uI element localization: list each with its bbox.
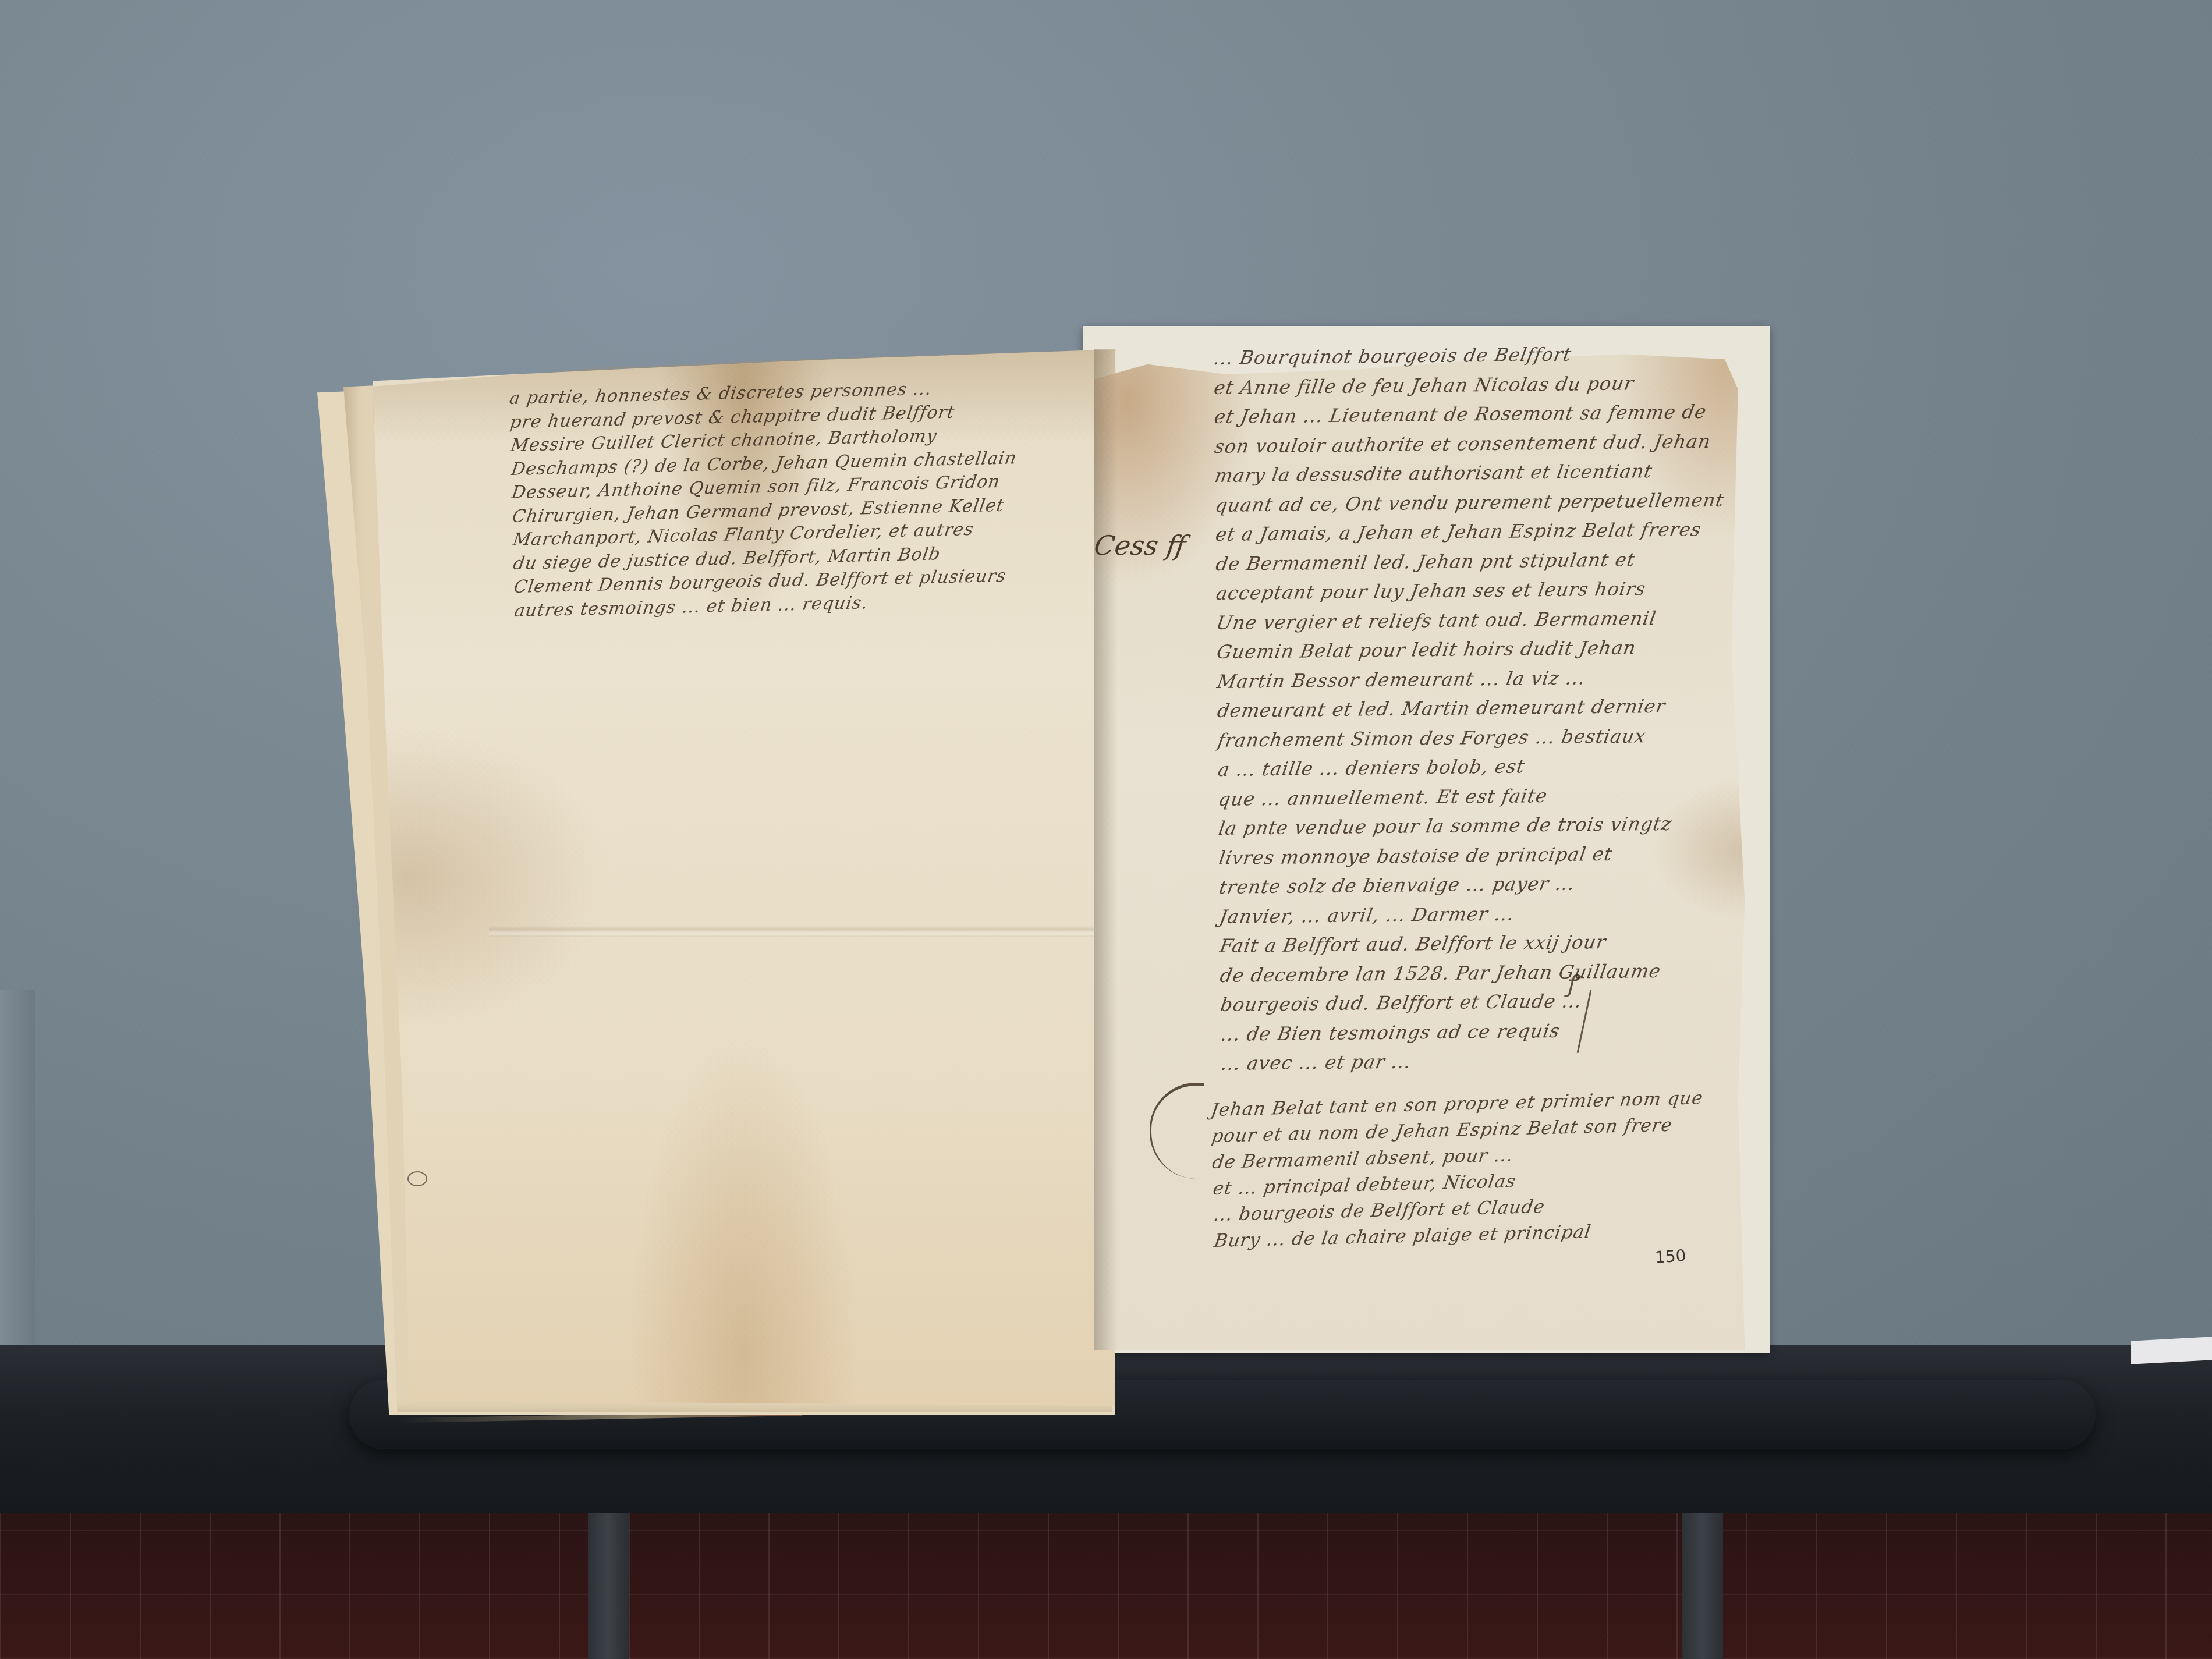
margin-mark xyxy=(407,1171,427,1186)
tiled-floor xyxy=(0,1513,2212,1659)
chair-leg xyxy=(1682,1513,1723,1659)
handwritten-line: ... avec ... et par ... xyxy=(1219,1043,1747,1078)
paper-crease xyxy=(489,926,1106,937)
handwritten-line: et Jehan ... Lieutenant de Rosemont sa f… xyxy=(1212,397,1740,432)
backdrop-edge xyxy=(0,990,35,1362)
handwritten-line: Guemin Belat pour ledit hoirs dudit Jeha… xyxy=(1214,632,1743,667)
handwritten-line: mary la dessusdite authorisant et licent… xyxy=(1213,456,1741,491)
handwritten-line: a ... taille ... deniers bolob, est xyxy=(1215,749,1744,784)
handwritten-line: demeurant et led. Martin demeurant derni… xyxy=(1215,690,1743,725)
book-gutter xyxy=(1094,349,1118,1350)
handwritten-line: la pnte vendue pour la somme de trois vi… xyxy=(1217,808,1745,843)
handwritten-line: Fait a Belffort aud. Belffort le xxij jo… xyxy=(1218,926,1746,960)
right-page-text: ... Bourquinot bourgeois de Belffort et … xyxy=(1214,338,1745,1079)
chair-leg xyxy=(588,1513,629,1659)
right-page-second-entry: Jehan Belat tant en son propre et primie… xyxy=(1211,1084,1738,1254)
handwritten-line: et a Jamais, a Jehan et Jehan Espinz Bel… xyxy=(1213,515,1742,550)
margin-annotation: Cess ff xyxy=(1092,530,1187,561)
handwritten-line: trente solz de bienvaige ... payer ... xyxy=(1217,867,1746,902)
handwritten-line: ... Bourquinot bourgeois de Belffort xyxy=(1211,338,1740,373)
handwritten-line: acceptant pour luy Jehan ses et leurs ho… xyxy=(1214,573,1742,608)
white-card xyxy=(2131,1337,2212,1364)
notary-paraph: ꝭ xyxy=(1566,966,1577,998)
folio-number: 150 xyxy=(1654,1246,1687,1267)
left-page-text: a partie, honnestes & discretes personne… xyxy=(509,375,1050,623)
handwritten-line: bourgeois dud. Belffort et Claude ... xyxy=(1218,984,1747,1019)
